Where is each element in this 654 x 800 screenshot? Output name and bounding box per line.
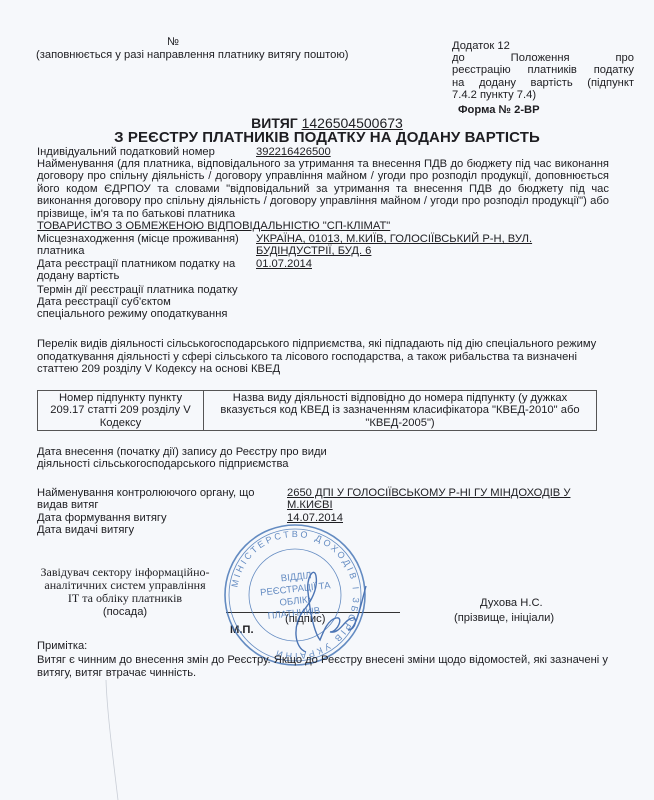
annex-line: до Положення про (452, 52, 634, 64)
column-header-activity-name: Назва виду діяльності відповідно до номе… (204, 391, 597, 431)
issuer-info-labels: Найменування контролюючого органу, що ви… (37, 487, 277, 537)
registration-date-value: 01.07.2014 (256, 258, 312, 270)
seal-mark: М.П. (230, 624, 254, 636)
annex-line: 7.4.2 пункту 7.4) (452, 89, 634, 101)
issued-date-label: Дата видачі витягу (37, 524, 277, 536)
registration-term-label: Термін дії реєстрації платника податку (37, 284, 277, 296)
note-text: Витяг є чинним до внесення змін до Реєст… (37, 654, 617, 679)
ipn-label: Індивідуальний податковий номер (37, 146, 215, 158)
paper-crease-icon (104, 680, 124, 800)
formed-date-value: 14.07.2014 (287, 512, 343, 524)
mail-number-sign: № (0, 36, 346, 49)
svg-text:ОБЛІКУ: ОБЛІКУ (279, 594, 315, 609)
address-label: Місцезнаходження (місце проживання) плат… (37, 233, 252, 258)
issuer-info-values: 2650 ДПІ У ГОЛОСІЇВСЬКОМУ Р-НІ ГУ МІНДОХ… (287, 487, 607, 524)
signer-name-hint: (прізвище, ініціали) (454, 612, 554, 624)
mail-number-hint: (заповнюється у разі направлення платник… (36, 49, 348, 62)
authority-value-line: 2650 ДПІ У ГОЛОСІЇВСЬКОМУ Р-НІ ГУ МІНДОХ… (287, 487, 607, 499)
address-value: УКРАЇНА, 01013, М.КИЇВ, ГОЛОСІЇВСЬКИЙ Р-… (256, 233, 556, 258)
registration-date-label: Дата реєстрації платником податку на дод… (37, 258, 252, 283)
annex-reference: Додаток 12 до Положення про реєстрацію п… (452, 40, 634, 101)
column-header-subparagraph: Номер підпункту пункту 209.17 статті 209… (38, 391, 204, 431)
address-value-line: УКРАЇНА, 01013, М.КИЇВ, ГОЛОСІЇВСЬКИЙ Р-… (256, 233, 556, 245)
document-subtitle: З РЕЄСТРУ ПЛАТНИКІВ ПОДАТКУ НА ДОДАНУ ВА… (0, 129, 654, 146)
payer-name-value: ТОВАРИСТВО З ОБМЕЖЕНОЮ ВІДПОВІДАЛЬНІСТЮ … (37, 220, 390, 232)
activities-table: Номер підпункту пункту 209.17 статті 209… (37, 390, 597, 431)
note-title: Примітка: (37, 640, 87, 652)
annex-line: реєстрацію платників податку (452, 64, 634, 76)
position-hint: (посада) (40, 606, 210, 618)
entry-date-label: Дата внесення (початку дії) запису до Ре… (37, 446, 367, 471)
official-stamp-icon: МІНІСТЕРСТВО ДОХОДІВ І ЗБОРІВ УКРАЇНИ ВІ… (220, 520, 370, 670)
signer-name: Духова Н.С. (480, 597, 543, 609)
svg-text:РЕЄСТРАЦІЇ ТА: РЕЄСТРАЦІЇ ТА (260, 580, 332, 598)
address-value-line: БУДІНДУСТРІЇ, БУД. 6 (256, 245, 371, 257)
svg-text:МІНІСТЕРСТВО ДОХОДІВ І ЗБОРІВ: МІНІСТЕРСТВО ДОХОДІВ І ЗБОРІВ УКРАЇНИ (229, 529, 361, 661)
annex-line: на додану вартість (підпункт (452, 77, 634, 89)
activities-intro: Перелік видів діяльності сільськогоспода… (37, 338, 617, 376)
svg-text:ВІДДІЛ: ВІДДІЛ (280, 570, 312, 584)
annex-line: Додаток 12 (452, 40, 634, 52)
table-header-row: Номер підпункту пункту 209.17 статті 209… (38, 391, 597, 431)
authority-value-line: М.КИЄВІ (287, 499, 333, 511)
special-regime-date-label: Дата реєстрації суб'єктом спеціального р… (37, 296, 237, 321)
payer-name-label: Найменування (для платника, відповідальн… (37, 158, 609, 220)
ipn-value: 392216426500 (256, 146, 331, 158)
formed-date-label: Дата формування витягу (37, 512, 277, 524)
signature-hint: (підпис) (285, 613, 325, 625)
authority-label: Найменування контролюючого органу, що ви… (37, 487, 277, 512)
signer-position: Завідувач сектору інформаційно-аналітичн… (40, 566, 210, 605)
